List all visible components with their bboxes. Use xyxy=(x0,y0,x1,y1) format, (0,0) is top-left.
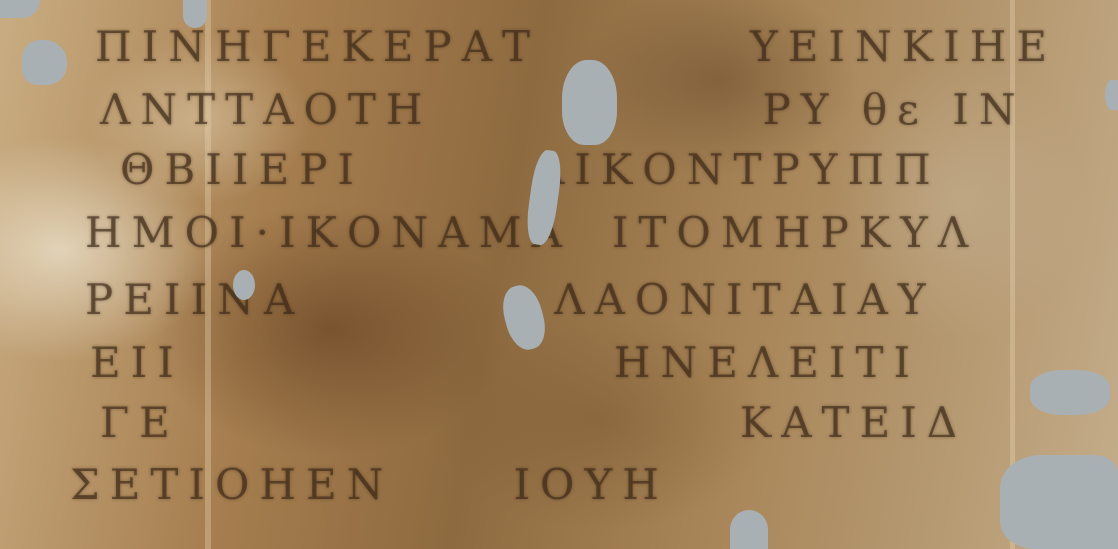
hole xyxy=(1105,80,1118,110)
text-line: ΓΕΚΑΤΕΙΔ xyxy=(0,398,967,447)
hole xyxy=(0,0,40,18)
text-line: ΡΕΙΙΝΑΛΑΟΝΙΤΑΙΑΥ xyxy=(0,275,936,324)
hole xyxy=(183,0,207,28)
hole xyxy=(1000,455,1118,549)
hole xyxy=(730,510,768,549)
manuscript-fragment: ΠΙΝΗΓΕΚΕΡΑΤΥΕΙΝΚΙΗΕ ΛΝΤΤΑΟΤΗΡΥ θε ΙΝ ΘΒΙ… xyxy=(0,0,1118,549)
text-line: ΛΝΤΤΑΟΤΗΡΥ θε ΙΝ xyxy=(0,85,1026,134)
hole xyxy=(562,60,617,145)
text-line: ΠΙΝΗΓΕΚΕΡΑΤΥΕΙΝΚΙΗΕ xyxy=(0,22,1057,71)
text-line: ΕΙΙΗΝΕΛΕΙΤΙ xyxy=(0,338,920,387)
hole xyxy=(22,40,67,85)
text-line: ΣΕΤΙΟΗΕΝΙΟΥΗ xyxy=(0,460,669,509)
text-line: ΘΒΙΙΕΡΙΑΙΚΟΝΤΡΥΠΠ xyxy=(0,145,941,194)
hole xyxy=(1030,370,1110,415)
hole xyxy=(233,270,255,300)
text-line: ΗΜΟΙ·ΙΚΟΝΑΜΑΙΤΟΜΗΡΚΥΛ xyxy=(0,208,978,257)
